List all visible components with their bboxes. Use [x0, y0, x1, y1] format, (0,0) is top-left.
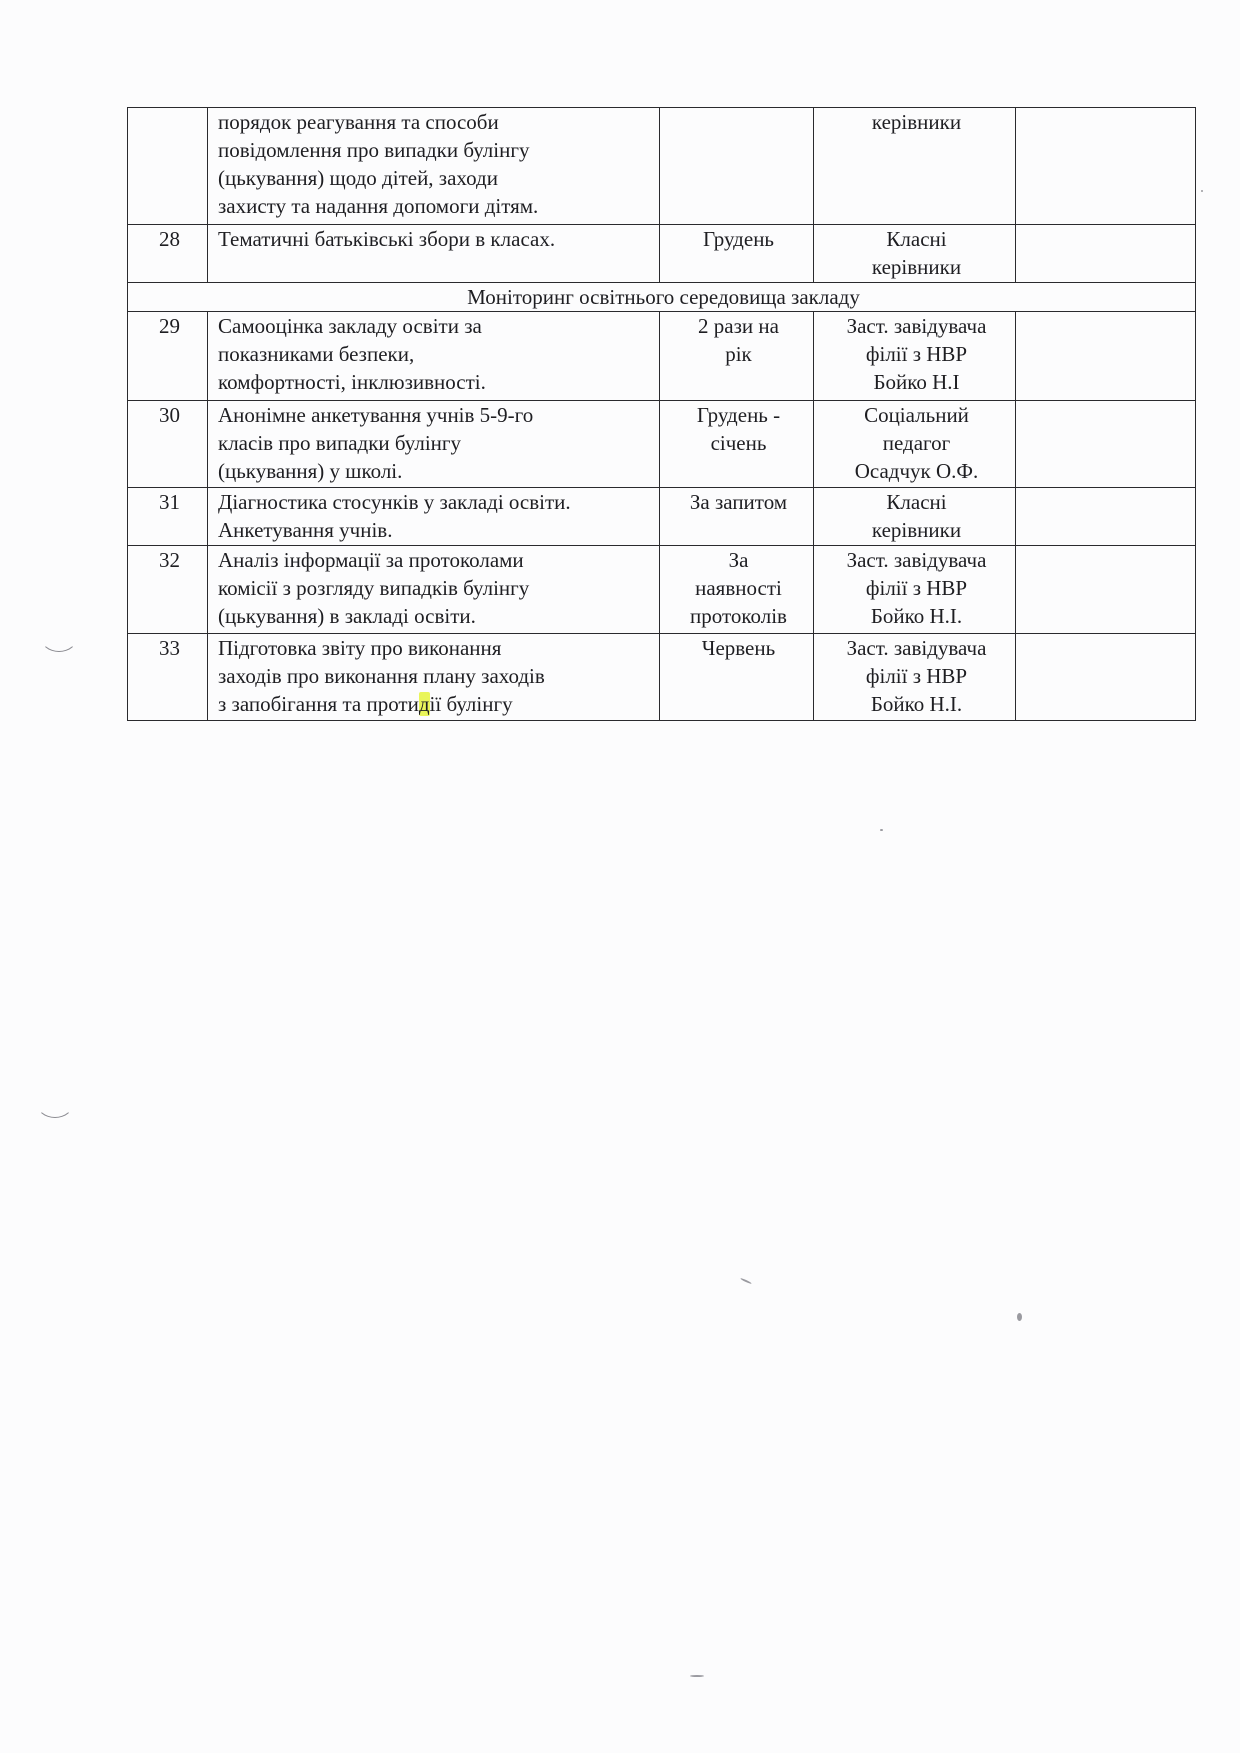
responsible-cell-line: керівники	[824, 516, 1009, 544]
scan-speck	[880, 829, 883, 831]
responsible-cell-line: керівники	[824, 253, 1009, 281]
measure-cell: Аналіз інформації за протоколамикомісії …	[208, 546, 660, 634]
term-cell: Червень	[660, 634, 814, 721]
measure-cell-line: порядок реагування та способи	[218, 108, 653, 136]
measure-cell-line: класів про випадки булінгу	[218, 429, 653, 457]
term-cell: Грудень -січень	[660, 401, 814, 488]
punch-hole-mark	[40, 620, 78, 652]
measure-cell: Анонімне анкетування учнів 5-9-гокласів …	[208, 401, 660, 488]
measure-cell-line: (цькування) у школі.	[218, 457, 653, 485]
measure-cell: порядок реагування та способиповідомленн…	[208, 108, 660, 225]
responsible-cell-line: Соціальний	[824, 401, 1009, 429]
measure-cell-line: Самооцінка закладу освіти за	[218, 312, 653, 340]
scan-speck	[1017, 1313, 1022, 1321]
term-cell: Грудень	[660, 225, 814, 283]
responsible-cell-line: філії з НВР	[824, 662, 1009, 690]
note-cell	[1016, 634, 1196, 721]
measure-cell-line: з запобігання та протидії булінгу	[218, 690, 653, 718]
responsible-cell: Класнікерівники	[814, 488, 1016, 546]
responsible-cell: Заст. завідувачафілії з НВРБойко Н.І	[814, 312, 1016, 401]
row-number: 29	[128, 312, 208, 401]
note-cell	[1016, 401, 1196, 488]
term-cell-line: Грудень	[670, 225, 807, 253]
term-cell: Занаявностіпротоколів	[660, 546, 814, 634]
term-cell: 2 рази нарік	[660, 312, 814, 401]
note-cell	[1016, 312, 1196, 401]
responsible-cell-line: Заст. завідувача	[824, 634, 1009, 662]
term-cell: За запитом	[660, 488, 814, 546]
term-cell-line: За	[670, 546, 807, 574]
responsible-cell-line: керівники	[824, 108, 1009, 136]
row-number	[128, 108, 208, 225]
term-cell-line: січень	[670, 429, 807, 457]
row-number: 28	[128, 225, 208, 283]
measure-cell-line: показниками безпеки,	[218, 340, 653, 368]
term-cell	[660, 108, 814, 225]
table-row: 29Самооцінка закладу освіти запоказникам…	[128, 312, 1196, 401]
section-title: Моніторинг освітнього середовища закладу	[128, 283, 1196, 312]
responsible-cell-line: філії з НВР	[824, 340, 1009, 368]
term-cell-line: протоколів	[670, 602, 807, 630]
measure-cell: Підготовка звіту про виконаннязаходів пр…	[208, 634, 660, 721]
term-cell-line: Червень	[670, 634, 807, 662]
term-cell-line: Грудень -	[670, 401, 807, 429]
measure-cell-line: повідомлення про випадки булінгу	[218, 136, 653, 164]
responsible-cell-line: Заст. завідувача	[824, 312, 1009, 340]
measure-cell-line: (цькування) щодо дітей, заходи	[218, 164, 653, 192]
measure-cell-line: захисту та надання допомоги дітям.	[218, 192, 653, 220]
responsible-cell: керівники	[814, 108, 1016, 225]
term-cell-line: 2 рази на	[670, 312, 807, 340]
responsible-cell: Заст. завідувачафілії з НВРБойко Н.І.	[814, 546, 1016, 634]
note-cell	[1016, 225, 1196, 283]
responsible-cell-line: Бойко Н.І.	[824, 690, 1009, 718]
responsible-cell-line: педагог	[824, 429, 1009, 457]
responsible-cell-line: Бойко Н.І.	[824, 602, 1009, 630]
measure-cell-line: комфортності, інклюзивності.	[218, 368, 653, 396]
row-number: 30	[128, 401, 208, 488]
responsible-cell: Класнікерівники	[814, 225, 1016, 283]
measure-cell-line: Анонімне анкетування учнів 5-9-го	[218, 401, 653, 429]
table-row: 28Тематичні батьківські збори в класах.Г…	[128, 225, 1196, 283]
measure-cell-line: Тематичні батьківські збори в класах.	[218, 225, 653, 253]
row-number: 31	[128, 488, 208, 546]
measure-cell-line: заходів про виконання плану заходів	[218, 662, 653, 690]
highlight-mark: д	[419, 692, 430, 716]
measures-table-body: порядок реагування та способиповідомленн…	[128, 108, 1196, 721]
measure-cell: Тематичні батьківські збори в класах.	[208, 225, 660, 283]
table-row: 32Аналіз інформації за протоколамикомісі…	[128, 546, 1196, 634]
term-cell-line: рік	[670, 340, 807, 368]
term-cell-line: наявності	[670, 574, 807, 602]
punch-hole-mark	[36, 1086, 74, 1118]
measure-cell-line: (цькування) в закладі освіти.	[218, 602, 653, 630]
row-number: 32	[128, 546, 208, 634]
measures-table: порядок реагування та способиповідомленн…	[127, 107, 1196, 721]
measure-cell-line: Діагностика стосунків у закладі освіти.	[218, 488, 653, 516]
responsible-cell: Заст. завідувачафілії з НВРБойко Н.І.	[814, 634, 1016, 721]
term-cell-line: За запитом	[670, 488, 807, 516]
row-number: 33	[128, 634, 208, 721]
scan-speck	[690, 1675, 704, 1677]
section-header-row: Моніторинг освітнього середовища закладу	[128, 283, 1196, 312]
table-row: 33Підготовка звіту про виконаннязаходів …	[128, 634, 1196, 721]
measure-cell-line: Підготовка звіту про виконання	[218, 634, 653, 662]
table-row: 30Анонімне анкетування учнів 5-9-гокласі…	[128, 401, 1196, 488]
responsible-cell: СоціальнийпедагогОсадчук О.Ф.	[814, 401, 1016, 488]
measure-cell-line: Анкетування учнів.	[218, 516, 653, 544]
scan-speck	[1201, 190, 1203, 192]
responsible-cell-line: Класні	[824, 225, 1009, 253]
responsible-cell-line: Класні	[824, 488, 1009, 516]
measure-cell-line: Аналіз інформації за протоколами	[218, 546, 653, 574]
table-row: порядок реагування та способиповідомленн…	[128, 108, 1196, 225]
responsible-cell-line: філії з НВР	[824, 574, 1009, 602]
measure-cell-line: комісії з розгляду випадків булінгу	[218, 574, 653, 602]
table-row: 31Діагностика стосунків у закладі освіти…	[128, 488, 1196, 546]
responsible-cell-line: Бойко Н.І	[824, 368, 1009, 396]
note-cell	[1016, 108, 1196, 225]
note-cell	[1016, 546, 1196, 634]
measure-cell: Діагностика стосунків у закладі освіти.А…	[208, 488, 660, 546]
note-cell	[1016, 488, 1196, 546]
responsible-cell-line: Осадчук О.Ф.	[824, 457, 1009, 485]
responsible-cell-line: Заст. завідувача	[824, 546, 1009, 574]
measure-cell: Самооцінка закладу освіти запоказниками …	[208, 312, 660, 401]
